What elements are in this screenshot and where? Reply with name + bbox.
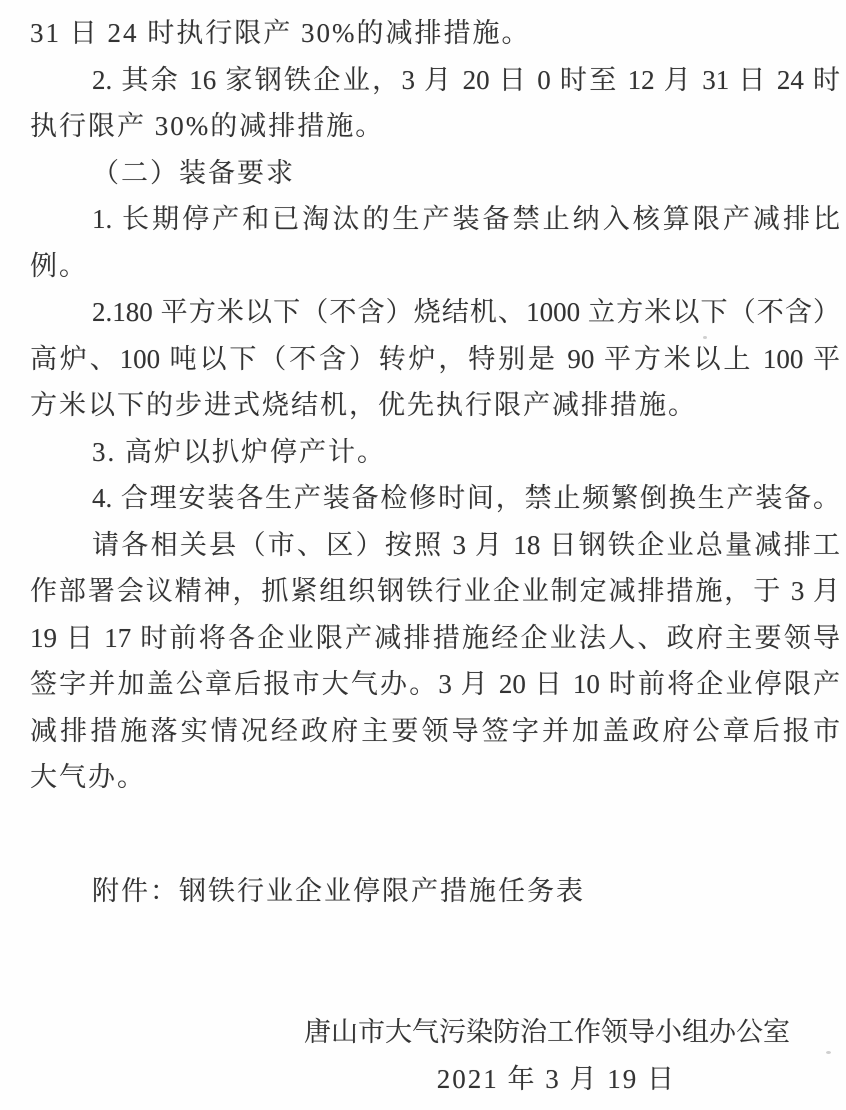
document-line: 大气办。	[30, 754, 840, 801]
document-line: 高炉、100 吨以下（不含）转炉，特别是 90 平方米以上 100 平	[30, 336, 840, 383]
document-line: 2. 其余 16 家钢铁企业，3 月 20 日 0 时至 12 月 31 日 2…	[30, 57, 840, 104]
document-line: 1. 长期停产和已淘汰的生产装备禁止纳入核算限产减排比	[30, 196, 840, 243]
attachment-line: 附件：钢铁行业企业停限产措施任务表	[30, 868, 840, 915]
document-body: 31 日 24 时执行限产 30%的减排措施。2. 其余 16 家钢铁企业，3 …	[30, 10, 840, 801]
document-line: 2.180 平方米以下（不含）烧结机、1000 立方米以下（不含）	[30, 289, 840, 336]
document-line: 4. 合理安装各生产装备检修时间，禁止频繁倒换生产装备。	[30, 475, 840, 522]
document-line: 签字并加盖公章后报市大气办。3 月 20 日 10 时前将企业停限产	[30, 661, 840, 708]
scanned-document-page: 31 日 24 时执行限产 30%的减排措施。2. 其余 16 家钢铁企业，3 …	[0, 0, 846, 1110]
document-line: 方米以下的步进式烧结机，优先执行限产减排措施。	[30, 382, 840, 429]
document-line: 作部署会议精神，抓紧组织钢铁行业企业制定减排措施，于 3 月	[30, 568, 840, 615]
scan-speck	[703, 336, 707, 339]
scan-speck	[826, 1051, 831, 1054]
document-line: 减排措施落实情况经政府主要领导签字并加盖政府公章后报市	[30, 708, 840, 755]
date-line: 2021 年 3 月 19 日	[30, 1056, 676, 1103]
document-line: 执行限产 30%的减排措施。	[30, 103, 840, 150]
document-line: 3. 高炉以扒炉停产计。	[30, 429, 840, 476]
signature-line: 唐山市大气污染防治工作领导小组办公室	[30, 1009, 790, 1056]
document-line: 31 日 24 时执行限产 30%的减排措施。	[30, 10, 840, 57]
document-line: 19 日 17 时前将各企业限产减排措施经企业法人、政府主要领导	[30, 615, 840, 662]
document-line: 例。	[30, 243, 840, 290]
document-line: （二）装备要求	[30, 150, 840, 197]
document-line: 请各相关县（市、区）按照 3 月 18 日钢铁企业总量减排工	[30, 522, 840, 569]
